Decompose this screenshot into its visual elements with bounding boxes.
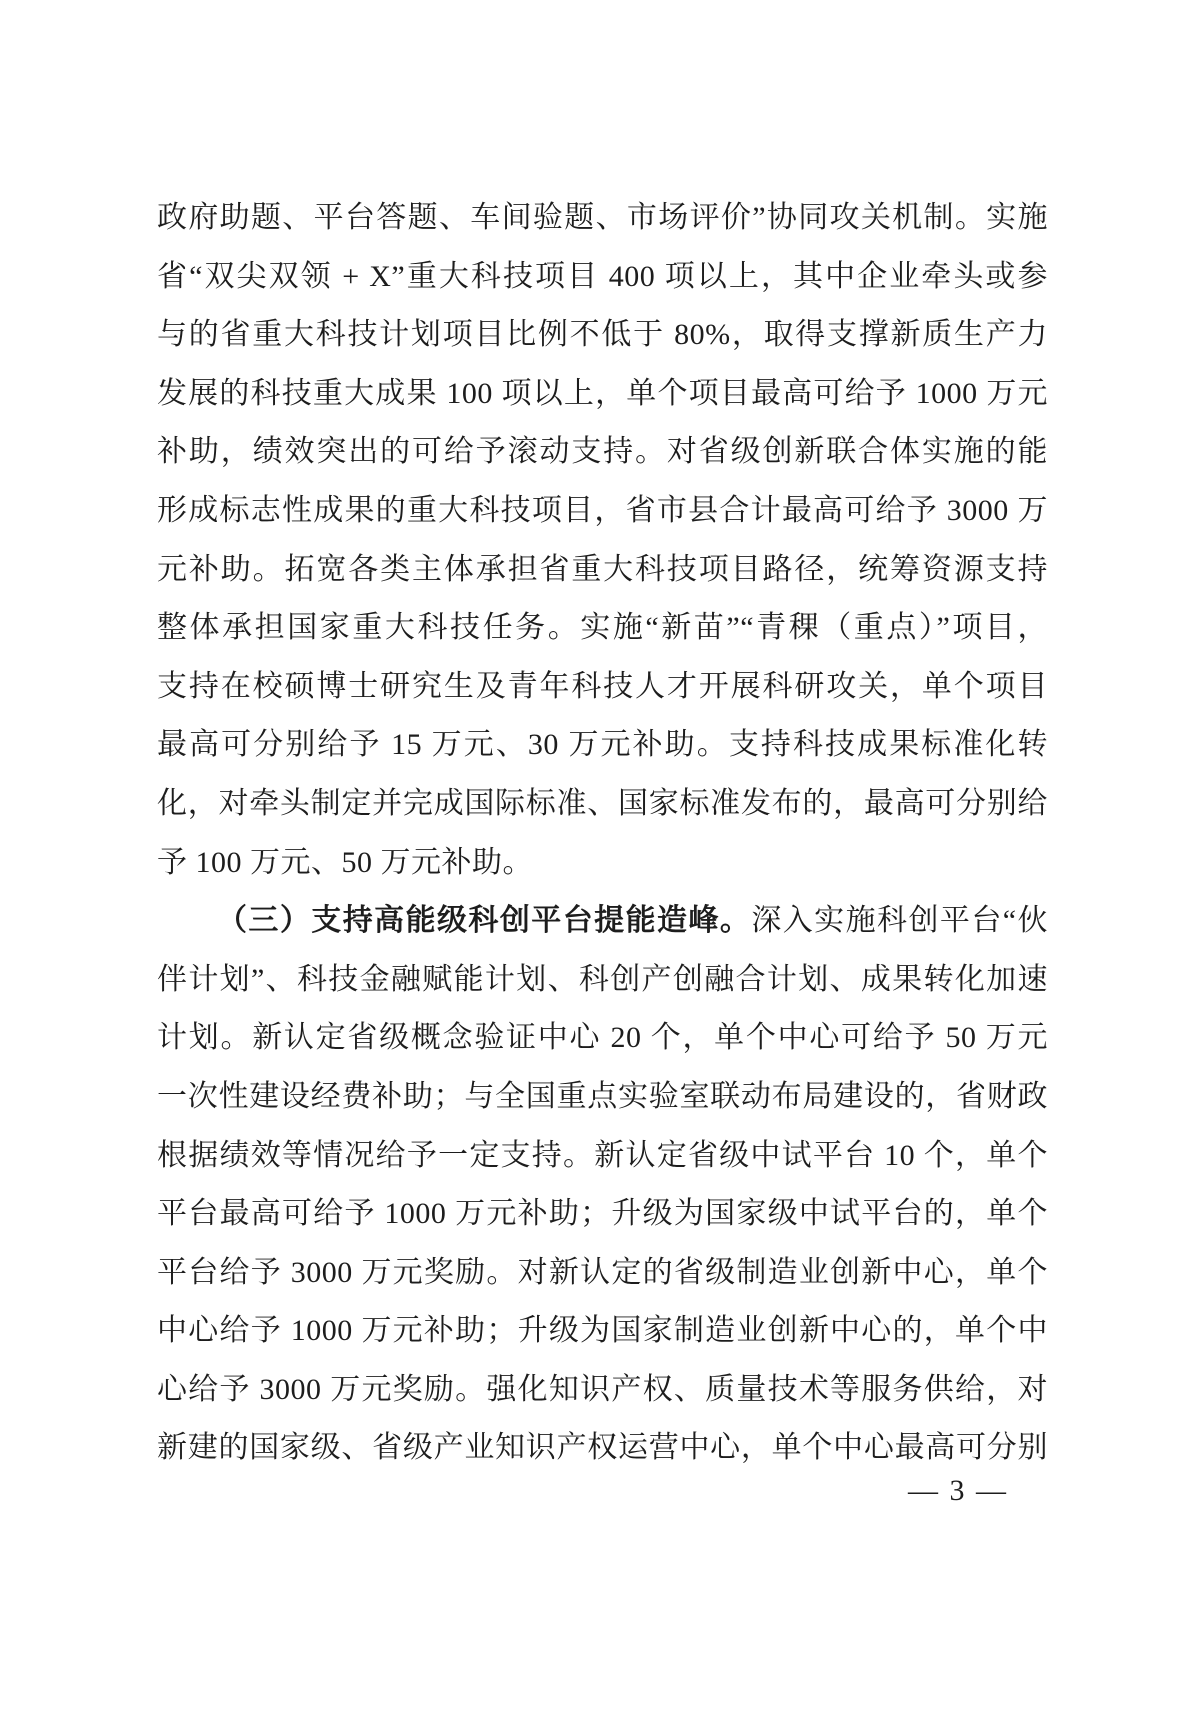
body-text: 一次性建设经费补助；与全国重点实验室联动布局建设的，省财政	[157, 1080, 1048, 1113]
body-text: 形成标志性成果的重大科技项目，省市县合计最高可给予 3000 万	[157, 494, 1048, 527]
document-line: 整体承担国家重大科技任务。实施“新苗”“青稞（重点）”项目，	[157, 599, 1048, 658]
body-text: 平台给予 3000 万元奖励。对新认定的省级制造业创新中心，单个	[157, 1256, 1048, 1289]
body-text: 整体承担国家重大科技任务。实施“新苗”“青稞（重点）”项目，	[157, 611, 1048, 644]
body-text: 政府助题、平台答题、车间验题、市场评价”协同攻关机制。实施	[157, 201, 1048, 234]
document-line: 平台最高可给予 1000 万元补助；升级为国家级中试平台的，单个	[157, 1185, 1048, 1244]
document-line: 计划。新认定省级概念验证中心 20 个，单个中心可给予 50 万元	[157, 1009, 1048, 1068]
document-line: 发展的科技重大成果 100 项以上，单个项目最高可给予 1000 万元	[157, 365, 1048, 424]
document-line: 形成标志性成果的重大科技项目，省市县合计最高可给予 3000 万	[157, 482, 1048, 541]
body-text: 新建的国家级、省级产业知识产权运营中心，单个中心最高可分别	[157, 1431, 1048, 1464]
document-line: 心给予 3000 万元奖励。强化知识产权、质量技术等服务供给，对	[157, 1361, 1048, 1420]
document-line: （三）支持高能级科创平台提能造峰。深入实施科创平台“伙	[157, 892, 1048, 951]
section-heading: （三）支持高能级科创平台提能造峰。	[217, 904, 751, 937]
document-line: 政府助题、平台答题、车间验题、市场评价”协同攻关机制。实施	[157, 189, 1048, 248]
body-text: 化，对牵头制定并完成国际标准、国家标准发布的，最高可分别给	[157, 787, 1048, 820]
body-text: 心给予 3000 万元奖励。强化知识产权、质量技术等服务供给，对	[157, 1373, 1048, 1406]
page-number: — 3 —	[908, 1474, 1008, 1508]
body-text: 发展的科技重大成果 100 项以上，单个项目最高可给予 1000 万元	[157, 377, 1048, 410]
document-line: 根据绩效等情况给予一定支持。新认定省级中试平台 10 个，单个	[157, 1127, 1048, 1186]
body-text: 平台最高可给予 1000 万元补助；升级为国家级中试平台的，单个	[157, 1197, 1048, 1230]
body-text: 补助，绩效突出的可给予滚动支持。对省级创新联合体实施的能	[157, 435, 1048, 468]
document-line: 平台给予 3000 万元奖励。对新认定的省级制造业创新中心，单个	[157, 1244, 1048, 1303]
body-text: 与的省重大科技计划项目比例不低于 80%，取得支撑新质生产力	[157, 318, 1048, 351]
body-text: 根据绩效等情况给予一定支持。新认定省级中试平台 10 个，单个	[157, 1139, 1048, 1172]
body-text: 深入实施科创平台“伙	[751, 904, 1048, 937]
body-text: 予 100 万元、50 万元补助。	[157, 846, 533, 879]
body-text: 中心给予 1000 万元补助；升级为国家制造业创新中心的，单个中	[157, 1314, 1048, 1347]
document-line: 与的省重大科技计划项目比例不低于 80%，取得支撑新质生产力	[157, 306, 1048, 365]
document-line: 补助，绩效突出的可给予滚动支持。对省级创新联合体实施的能	[157, 423, 1048, 482]
document-line: 予 100 万元、50 万元补助。	[157, 834, 1048, 893]
body-text: 支持在校硕博士研究生及青年科技人才开展科研攻关，单个项目	[157, 670, 1048, 703]
document-page: 政府助题、平台答题、车间验题、市场评价”协同攻关机制。实施省“双尖双领 + X”…	[0, 0, 1191, 1730]
document-line: 最高可分别给予 15 万元、30 万元补助。支持科技成果标准化转	[157, 716, 1048, 775]
document-line: 一次性建设经费补助；与全国重点实验室联动布局建设的，省财政	[157, 1068, 1048, 1127]
document-line: 中心给予 1000 万元补助；升级为国家制造业创新中心的，单个中	[157, 1302, 1048, 1361]
body-text: 最高可分别给予 15 万元、30 万元补助。支持科技成果标准化转	[157, 728, 1048, 761]
body-text: 伴计划”、科技金融赋能计划、科创产创融合计划、成果转化加速	[157, 963, 1048, 996]
document-body: 政府助题、平台答题、车间验题、市场评价”协同攻关机制。实施省“双尖双领 + X”…	[157, 189, 1048, 1478]
document-line: 化，对牵头制定并完成国际标准、国家标准发布的，最高可分别给	[157, 775, 1048, 834]
document-line: 伴计划”、科技金融赋能计划、科创产创融合计划、成果转化加速	[157, 951, 1048, 1010]
document-line: 新建的国家级、省级产业知识产权运营中心，单个中心最高可分别	[157, 1419, 1048, 1478]
body-text: 元补助。拓宽各类主体承担省重大科技项目路径，统筹资源支持	[157, 553, 1048, 586]
document-line: 省“双尖双领 + X”重大科技项目 400 项以上，其中企业牵头或参	[157, 248, 1048, 307]
document-line: 元补助。拓宽各类主体承担省重大科技项目路径，统筹资源支持	[157, 541, 1048, 600]
body-text: 省“双尖双领 + X”重大科技项目 400 项以上，其中企业牵头或参	[157, 260, 1048, 293]
document-line: 支持在校硕博士研究生及青年科技人才开展科研攻关，单个项目	[157, 658, 1048, 717]
body-text: 计划。新认定省级概念验证中心 20 个，单个中心可给予 50 万元	[157, 1021, 1048, 1054]
